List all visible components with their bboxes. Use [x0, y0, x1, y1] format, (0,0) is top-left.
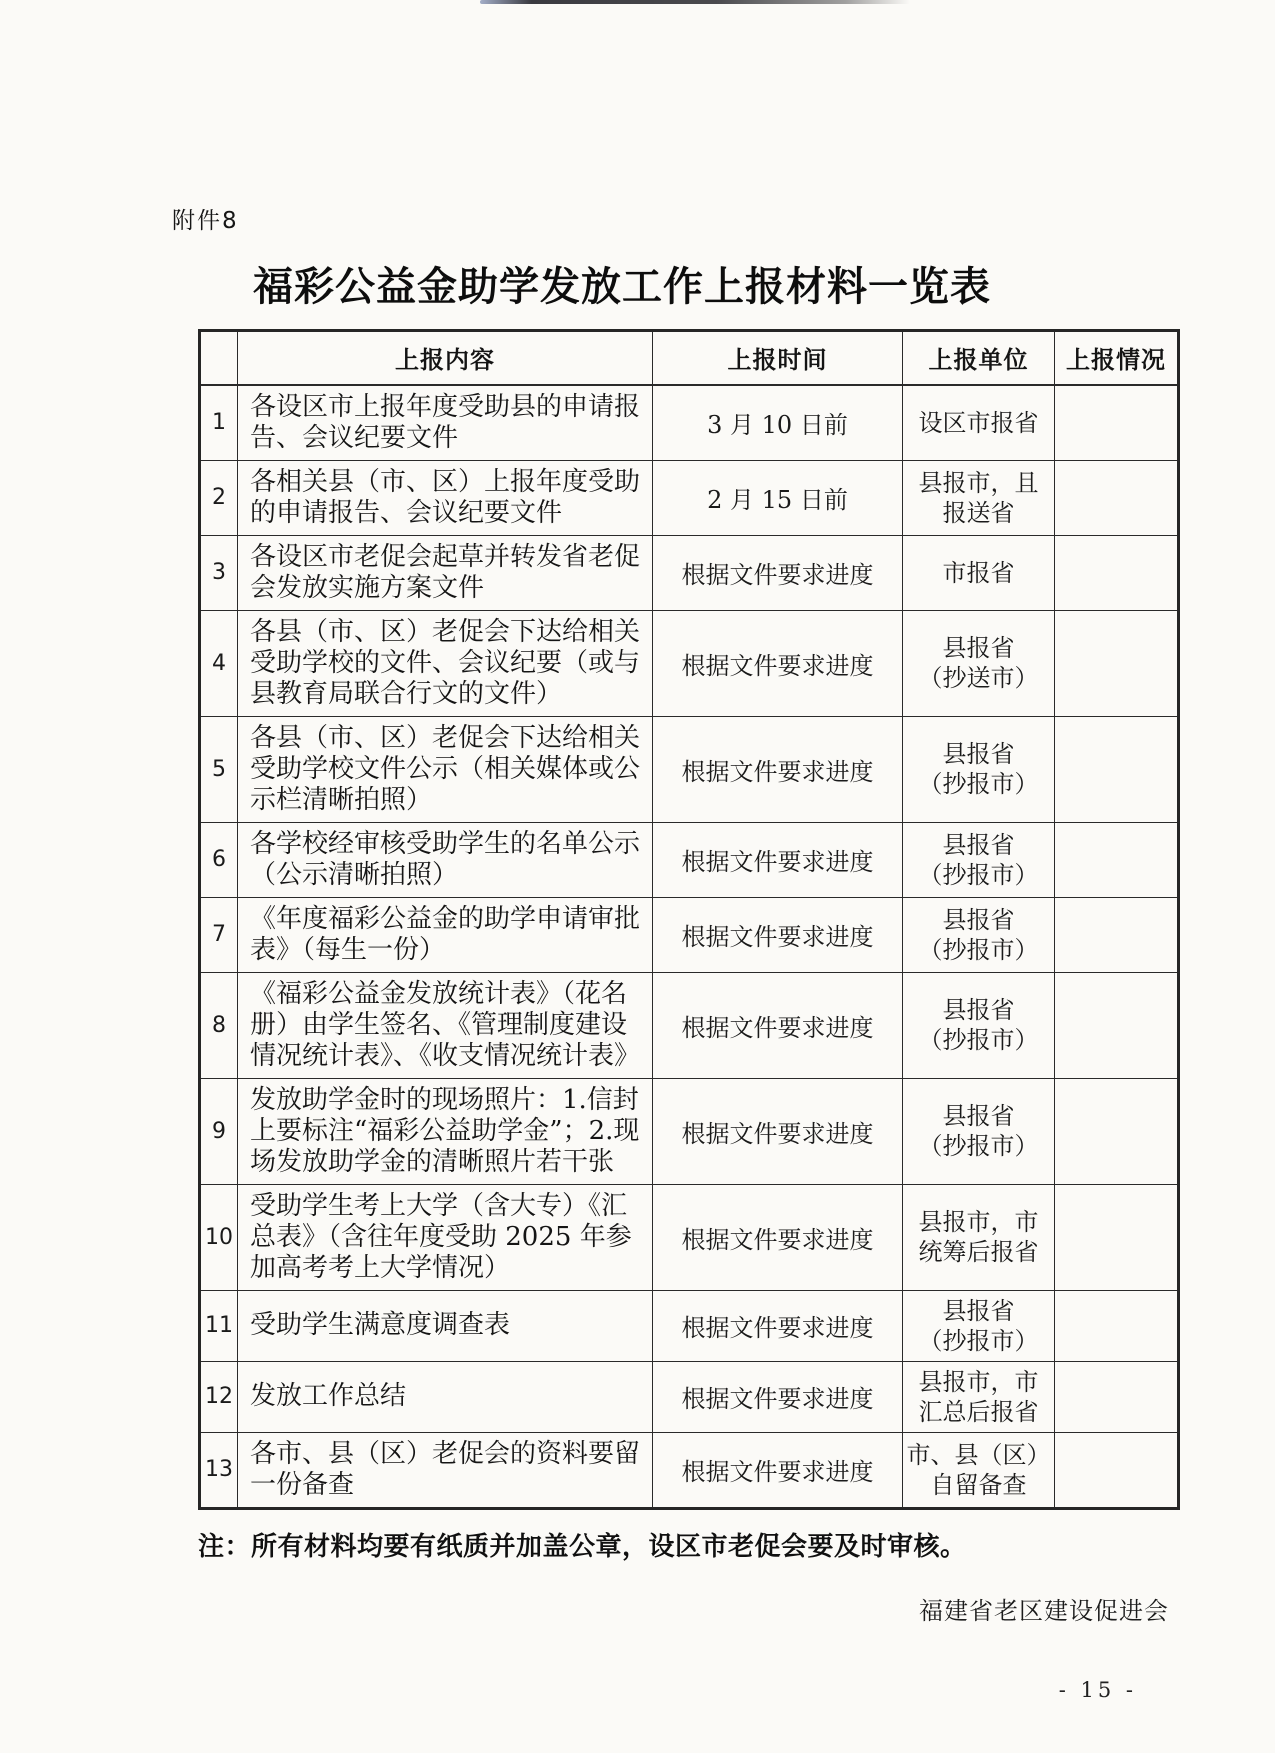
report-content-cell: 各市、县（区）老促会的资料要留一份备查: [238, 1432, 653, 1508]
report-status-cell: [1055, 1432, 1179, 1508]
report-content-cell: 受助学生考上大学（含大专）《汇总表》（含往年度受助 2025 年参加高考考上大学…: [238, 1184, 653, 1290]
report-status-cell: [1055, 822, 1179, 897]
report-status-cell: [1055, 385, 1179, 461]
report-unit-cell: 县报省 （抄报市）: [903, 972, 1055, 1078]
table-row: 4 各县（市、区）老促会下达给相关受助学校的文件、会议纪要（或与县教育局联合行文…: [200, 610, 1179, 716]
report-materials-table: 上报内容上报时间上报单位上报情况 1 各设区市上报年度受助县的申请报告、会议纪要…: [198, 329, 1180, 1510]
table-row: 13 各市、县（区）老促会的资料要留一份备查 根据文件要求进度 市、县（区） 自…: [200, 1432, 1179, 1508]
report-time-cell: 根据文件要求进度: [653, 1078, 903, 1184]
report-unit-cell: 设区市报省: [903, 385, 1055, 461]
report-time-cell: 3 月 10 日前: [653, 385, 903, 461]
report-content-cell: 受助学生满意度调查表: [238, 1290, 653, 1361]
row-number: 11: [200, 1290, 238, 1361]
table-row: 10 受助学生考上大学（含大专）《汇总表》（含往年度受助 2025 年参加高考考…: [200, 1184, 1179, 1290]
attachment-label: 附件8: [172, 202, 1275, 235]
report-status-cell: [1055, 1078, 1179, 1184]
table-row: 6 各学校经审核受助学生的名单公示（公示清晰拍照） 根据文件要求进度 县报省 （…: [200, 822, 1179, 897]
header-cell-2: 上报时间: [653, 331, 903, 385]
row-number: 2: [200, 460, 238, 535]
report-time-cell: 根据文件要求进度: [653, 1290, 903, 1361]
row-number: 5: [200, 716, 238, 822]
report-unit-cell: 县报省 （抄报市）: [903, 897, 1055, 972]
row-number: 1: [200, 385, 238, 461]
report-status-cell: [1055, 460, 1179, 535]
table-row: 9 发放助学金时的现场照片：1.信封上要标注“福彩公益助学金”；2.现场发放助学…: [200, 1078, 1179, 1184]
row-number: 12: [200, 1361, 238, 1432]
report-time-cell: 2 月 15 日前: [653, 460, 903, 535]
table-row: 12 发放工作总结 根据文件要求进度 县报市，市 汇总后报省: [200, 1361, 1179, 1432]
report-time-cell: 根据文件要求进度: [653, 1432, 903, 1508]
report-status-cell: [1055, 716, 1179, 822]
report-content-cell: 各相关县（市、区）上报年度受助的申请报告、会议纪要文件: [238, 460, 653, 535]
report-content-cell: 各设区市上报年度受助县的申请报告、会议纪要文件: [238, 385, 653, 461]
row-number: 6: [200, 822, 238, 897]
report-status-cell: [1055, 535, 1179, 610]
table-row: 11 受助学生满意度调查表 根据文件要求进度 县报省 （抄报市）: [200, 1290, 1179, 1361]
report-unit-cell: 县报省 （抄报市）: [903, 1290, 1055, 1361]
report-time-cell: 根据文件要求进度: [653, 716, 903, 822]
report-content-cell: 各县（市、区）老促会下达给相关受助学校文件公示（相关媒体或公示栏清晰拍照）: [238, 716, 653, 822]
header-cell-1: 上报内容: [238, 331, 653, 385]
row-number: 10: [200, 1184, 238, 1290]
header-cell-3: 上报单位: [903, 331, 1055, 385]
footnote: 注：所有材料均要有纸质并加盖公章，设区市老促会要及时审核。: [198, 1526, 1275, 1563]
row-number: 4: [200, 610, 238, 716]
report-content-cell: 《年度福彩公益金的助学申请审批表》（每生一份）: [238, 897, 653, 972]
report-time-cell: 根据文件要求进度: [653, 822, 903, 897]
report-unit-cell: 县报市，且 报送省: [903, 460, 1055, 535]
report-status-cell: [1055, 1184, 1179, 1290]
report-status-cell: [1055, 610, 1179, 716]
scan-artifact-line: [480, 0, 910, 4]
table-row: 2 各相关县（市、区）上报年度受助的申请报告、会议纪要文件 2 月 15 日前 …: [200, 460, 1179, 535]
report-time-cell: 根据文件要求进度: [653, 1361, 903, 1432]
report-unit-cell: 市报省: [903, 535, 1055, 610]
report-unit-cell: 县报省 （抄报市）: [903, 716, 1055, 822]
report-content-cell: 各学校经审核受助学生的名单公示（公示清晰拍照）: [238, 822, 653, 897]
issuing-organization: 福建省老区建设促进会: [198, 1591, 1169, 1626]
page-number: - 15 -: [198, 1678, 1137, 1702]
report-time-cell: 根据文件要求进度: [653, 535, 903, 610]
table-row: 3 各设区市老促会起草并转发省老促会发放实施方案文件 根据文件要求进度 市报省: [200, 535, 1179, 610]
table-row: 8 《福彩公益金发放统计表》（花名册）由学生签名、《管理制度建设情况统计表》、《…: [200, 972, 1179, 1078]
report-content-cell: 发放助学金时的现场照片：1.信封上要标注“福彩公益助学金”；2.现场发放助学金的…: [238, 1078, 653, 1184]
table-row: 5 各县（市、区）老促会下达给相关受助学校文件公示（相关媒体或公示栏清晰拍照） …: [200, 716, 1179, 822]
report-time-cell: 根据文件要求进度: [653, 897, 903, 972]
report-content-cell: 各县（市、区）老促会下达给相关受助学校的文件、会议纪要（或与县教育局联合行文的文…: [238, 610, 653, 716]
report-status-cell: [1055, 972, 1179, 1078]
row-number: 8: [200, 972, 238, 1078]
table-body: 1 各设区市上报年度受助县的申请报告、会议纪要文件 3 月 10 日前 设区市报…: [200, 385, 1179, 1509]
report-unit-cell: 县报省 （抄报市）: [903, 1078, 1055, 1184]
row-number: 3: [200, 535, 238, 610]
table-header-row: 上报内容上报时间上报单位上报情况: [200, 331, 1179, 385]
report-unit-cell: 县报市，市 统筹后报省: [903, 1184, 1055, 1290]
header-cell-0: [200, 331, 238, 385]
report-unit-cell: 县报省 （抄报市）: [903, 822, 1055, 897]
page-title: 福彩公益金助学发放工作上报材料一览表: [253, 255, 1275, 312]
row-number: 13: [200, 1432, 238, 1508]
report-status-cell: [1055, 1361, 1179, 1432]
row-number: 7: [200, 897, 238, 972]
report-unit-cell: 县报省 （抄送市）: [903, 610, 1055, 716]
table-row: 7 《年度福彩公益金的助学申请审批表》（每生一份） 根据文件要求进度 县报省 （…: [200, 897, 1179, 972]
row-number: 9: [200, 1078, 238, 1184]
report-status-cell: [1055, 1290, 1179, 1361]
scanned-document-page: 附件8 福彩公益金助学发放工作上报材料一览表 上报内容上报时间上报单位上报情况 …: [0, 0, 1275, 1753]
report-time-cell: 根据文件要求进度: [653, 1184, 903, 1290]
header-cell-4: 上报情况: [1055, 331, 1179, 385]
report-unit-cell: 县报市，市 汇总后报省: [903, 1361, 1055, 1432]
report-content-cell: 《福彩公益金发放统计表》（花名册）由学生签名、《管理制度建设情况统计表》、《收支…: [238, 972, 653, 1078]
report-time-cell: 根据文件要求进度: [653, 972, 903, 1078]
report-unit-cell: 市、县（区） 自留备查: [903, 1432, 1055, 1508]
report-content-cell: 发放工作总结: [238, 1361, 653, 1432]
report-time-cell: 根据文件要求进度: [653, 610, 903, 716]
report-content-cell: 各设区市老促会起草并转发省老促会发放实施方案文件: [238, 535, 653, 610]
report-status-cell: [1055, 897, 1179, 972]
table-row: 1 各设区市上报年度受助县的申请报告、会议纪要文件 3 月 10 日前 设区市报…: [200, 385, 1179, 461]
